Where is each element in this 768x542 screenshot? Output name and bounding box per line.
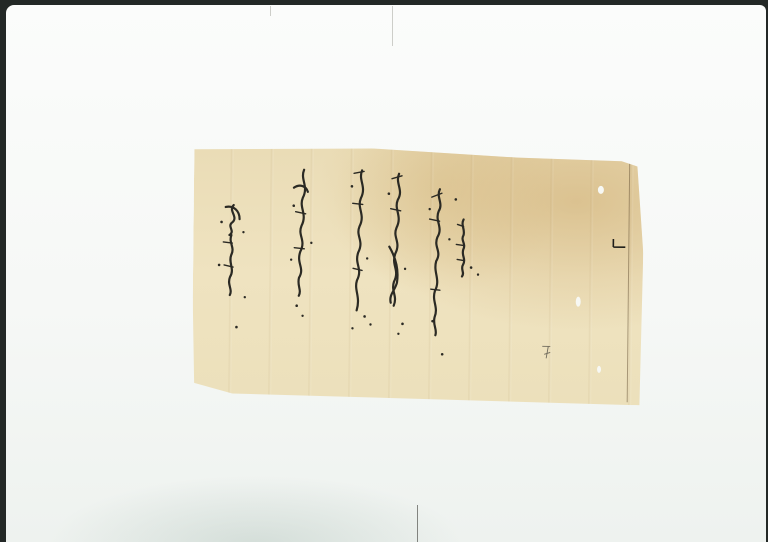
signature-line xyxy=(217,205,247,329)
bed-shadow xyxy=(46,475,466,542)
bed-crease xyxy=(392,6,393,46)
text-line-1 xyxy=(427,189,451,356)
margin-ink-mark xyxy=(613,239,625,247)
pencil-annotation xyxy=(542,346,550,358)
bed-crease xyxy=(270,6,271,16)
bed-crease xyxy=(417,505,418,542)
handwriting xyxy=(192,147,645,406)
text-line-3 xyxy=(349,170,373,329)
heading-line xyxy=(454,198,480,277)
manuscript-page: Ottoman Turkish / Persian cursive (diwan… xyxy=(192,147,645,406)
text-line-4 xyxy=(289,170,313,317)
text-line-2 xyxy=(386,174,407,335)
